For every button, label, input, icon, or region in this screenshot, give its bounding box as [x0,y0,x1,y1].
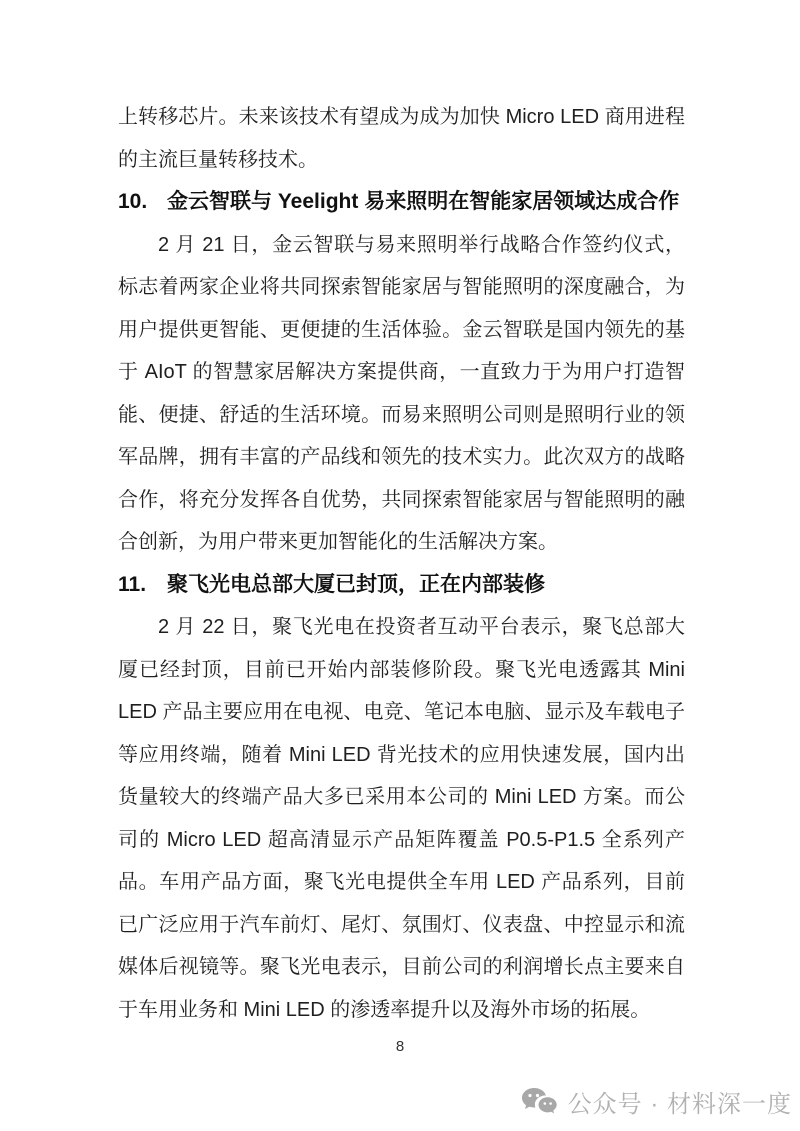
watermark-text: 公众号 · 材料深一度 [568,1084,792,1119]
page-number: 8 [0,1038,800,1055]
document-page: 上转移芯片。未来该技术有望成为成为加快 Micro LED 商用进程的主流巨量转… [0,0,800,1131]
section-number: 11. [118,564,167,607]
section-body-11: 2 月 22 日，聚飞光电在投资者互动平台表示，聚飞总部大厦已经封顶，目前已开始… [118,606,685,1031]
section-heading-11: 11. 聚飞光电总部大厦已封顶，正在内部装修 [118,564,685,607]
continuation-paragraph: 上转移芯片。未来该技术有望成为成为加快 Micro LED 商用进程的主流巨量转… [118,96,685,181]
section-title: 聚飞光电总部大厦已封顶，正在内部装修 [167,564,545,607]
wechat-icon [520,1086,560,1118]
watermark: 公众号 · 材料深一度 [520,1084,792,1119]
section-heading-10: 10. 金云智联与 Yeelight 易来照明在智能家居领域达成合作 [118,181,685,224]
section-number: 10. [118,181,167,224]
section-title: 金云智联与 Yeelight 易来照明在智能家居领域达成合作 [167,181,679,224]
document-content: 上转移芯片。未来该技术有望成为成为加快 Micro LED 商用进程的主流巨量转… [118,96,685,1031]
section-body-10: 2 月 21 日，金云智联与易来照明举行战略合作签约仪式，标志着两家企业将共同探… [118,224,685,564]
